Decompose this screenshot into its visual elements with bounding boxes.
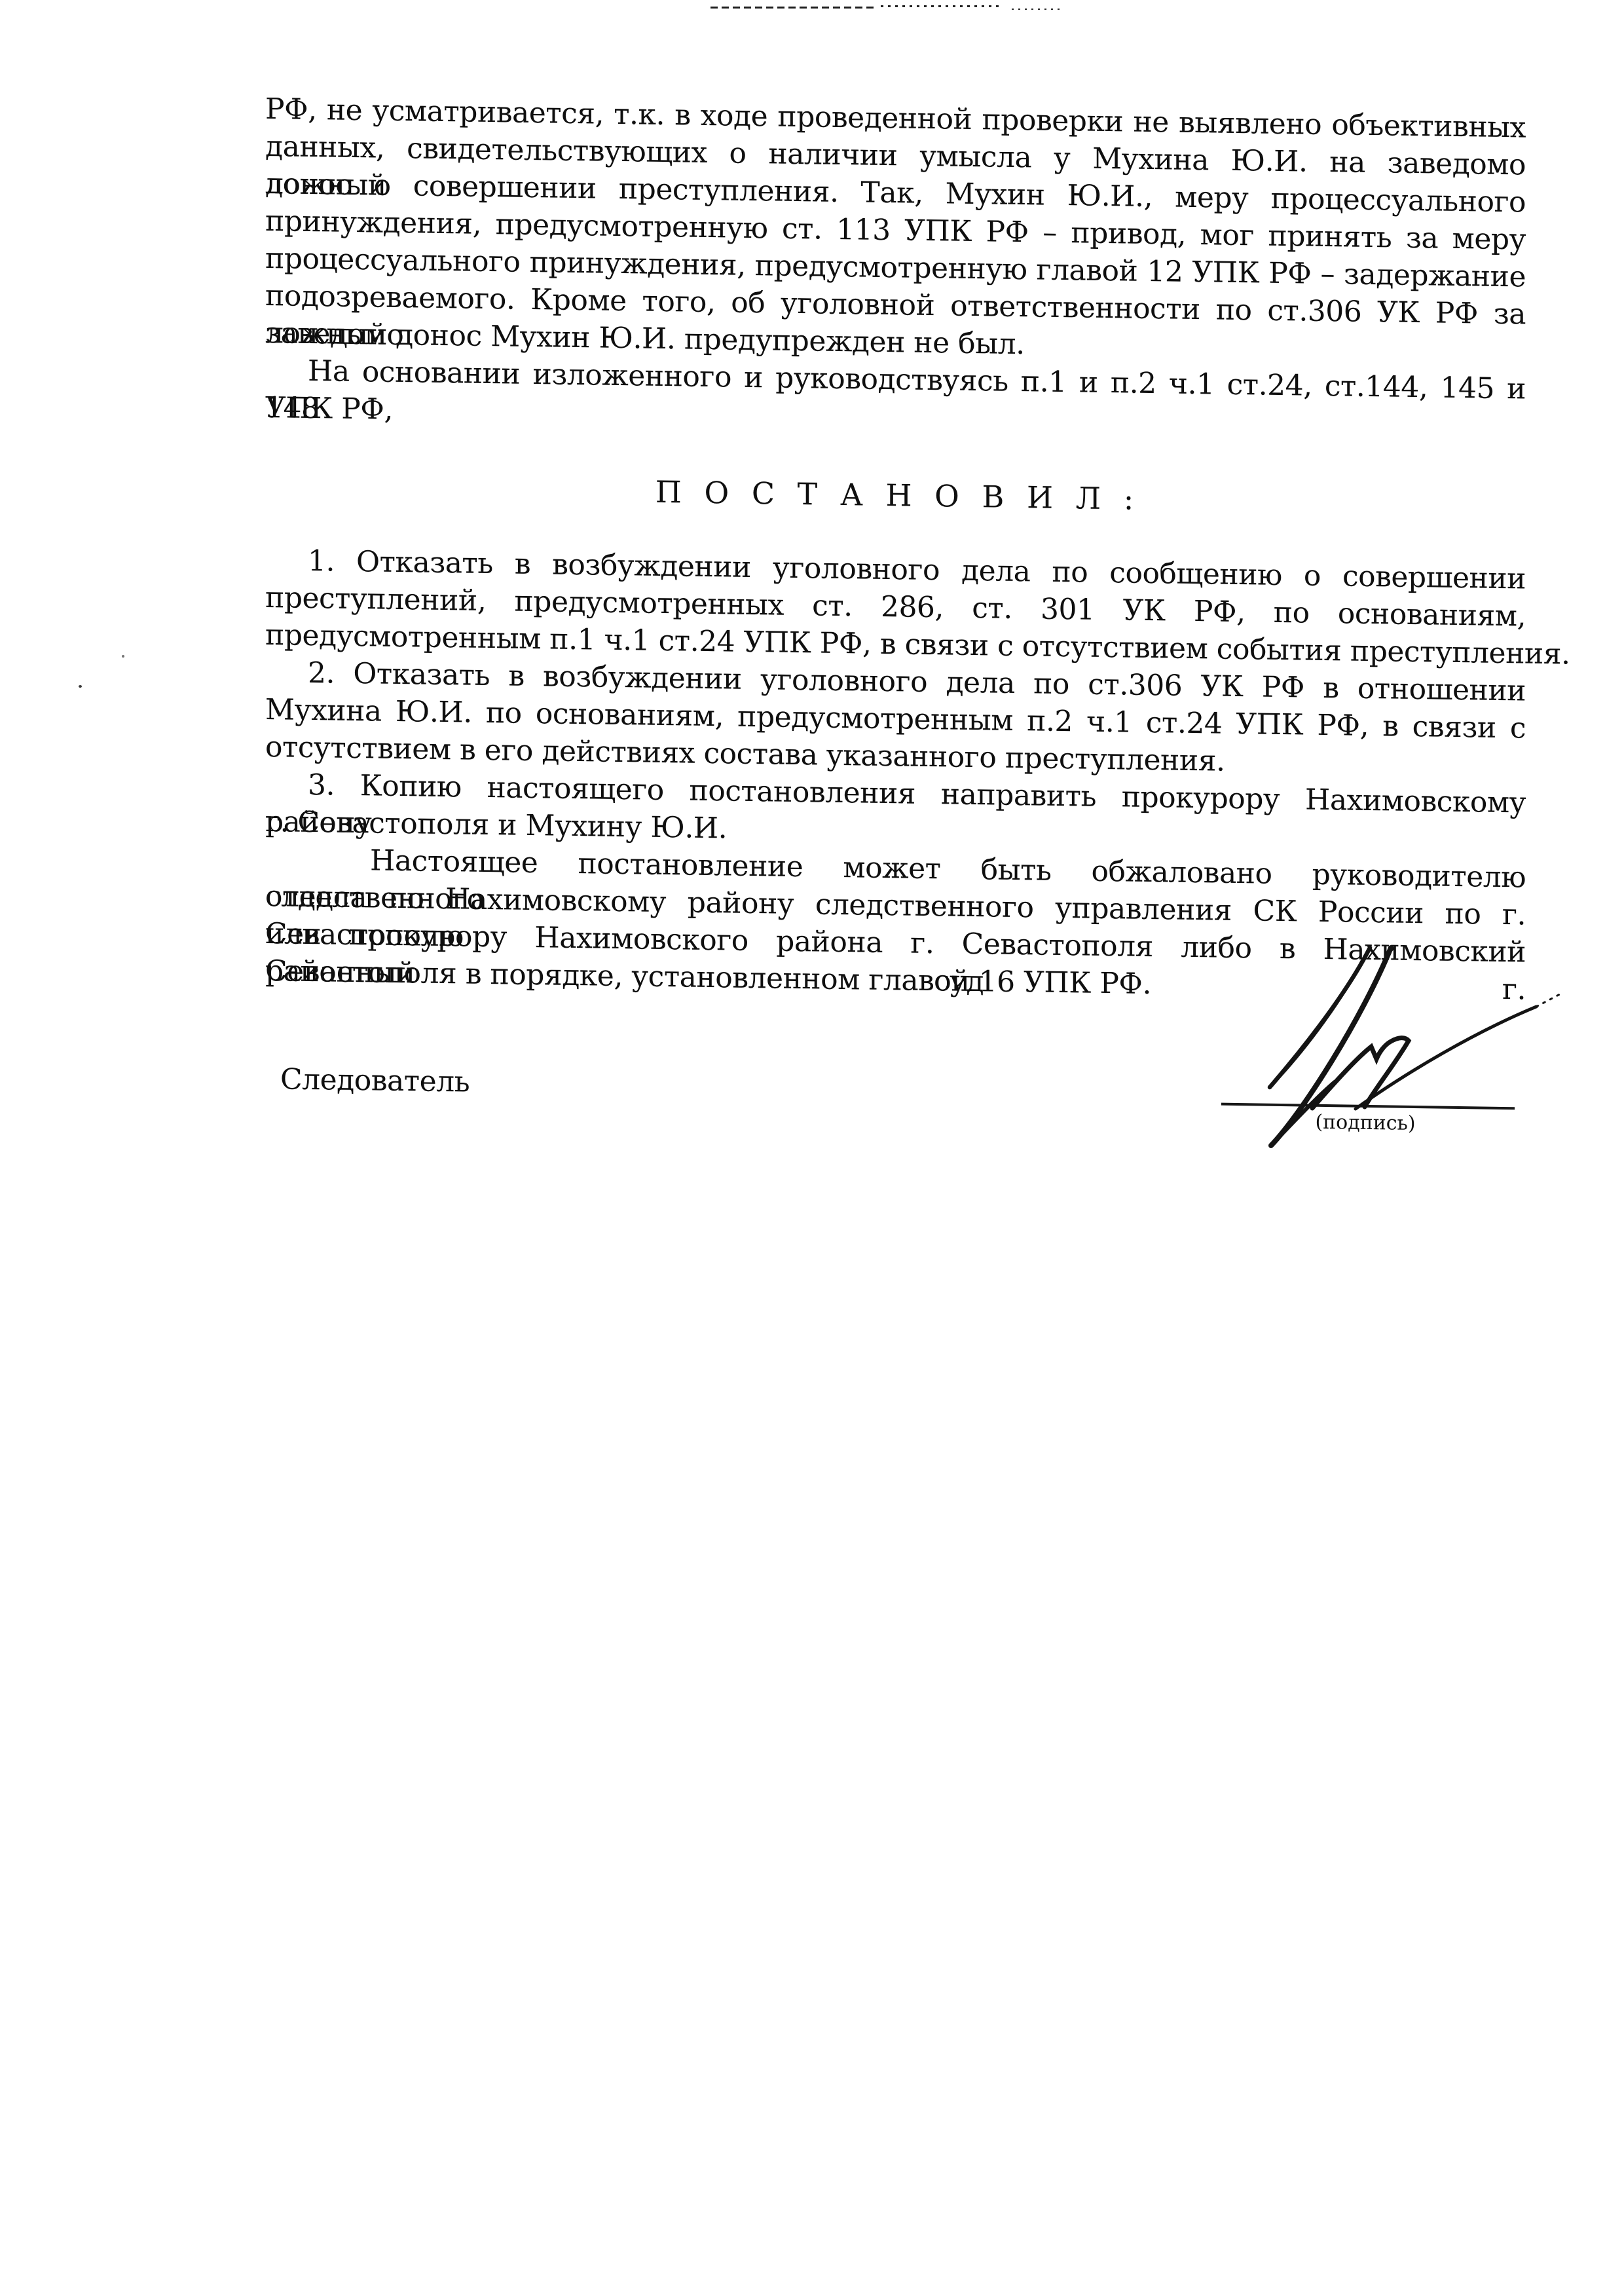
- resolution-heading: П О С Т А Н О В И Л :: [265, 468, 1526, 524]
- scan-artifact-dashes: [881, 5, 1002, 7]
- handwritten-signature-icon: [1231, 930, 1572, 1179]
- scanned-document-page: { "document": { "body_lines": [ "РФ, не …: [0, 0, 1624, 2295]
- scan-artifact-dots: [1012, 9, 1061, 10]
- scan-artifact-dashes: [710, 7, 877, 9]
- scan-speck: [79, 685, 82, 688]
- scan-speck: [122, 655, 124, 658]
- signatory-role-label: Следователь: [280, 1060, 470, 1100]
